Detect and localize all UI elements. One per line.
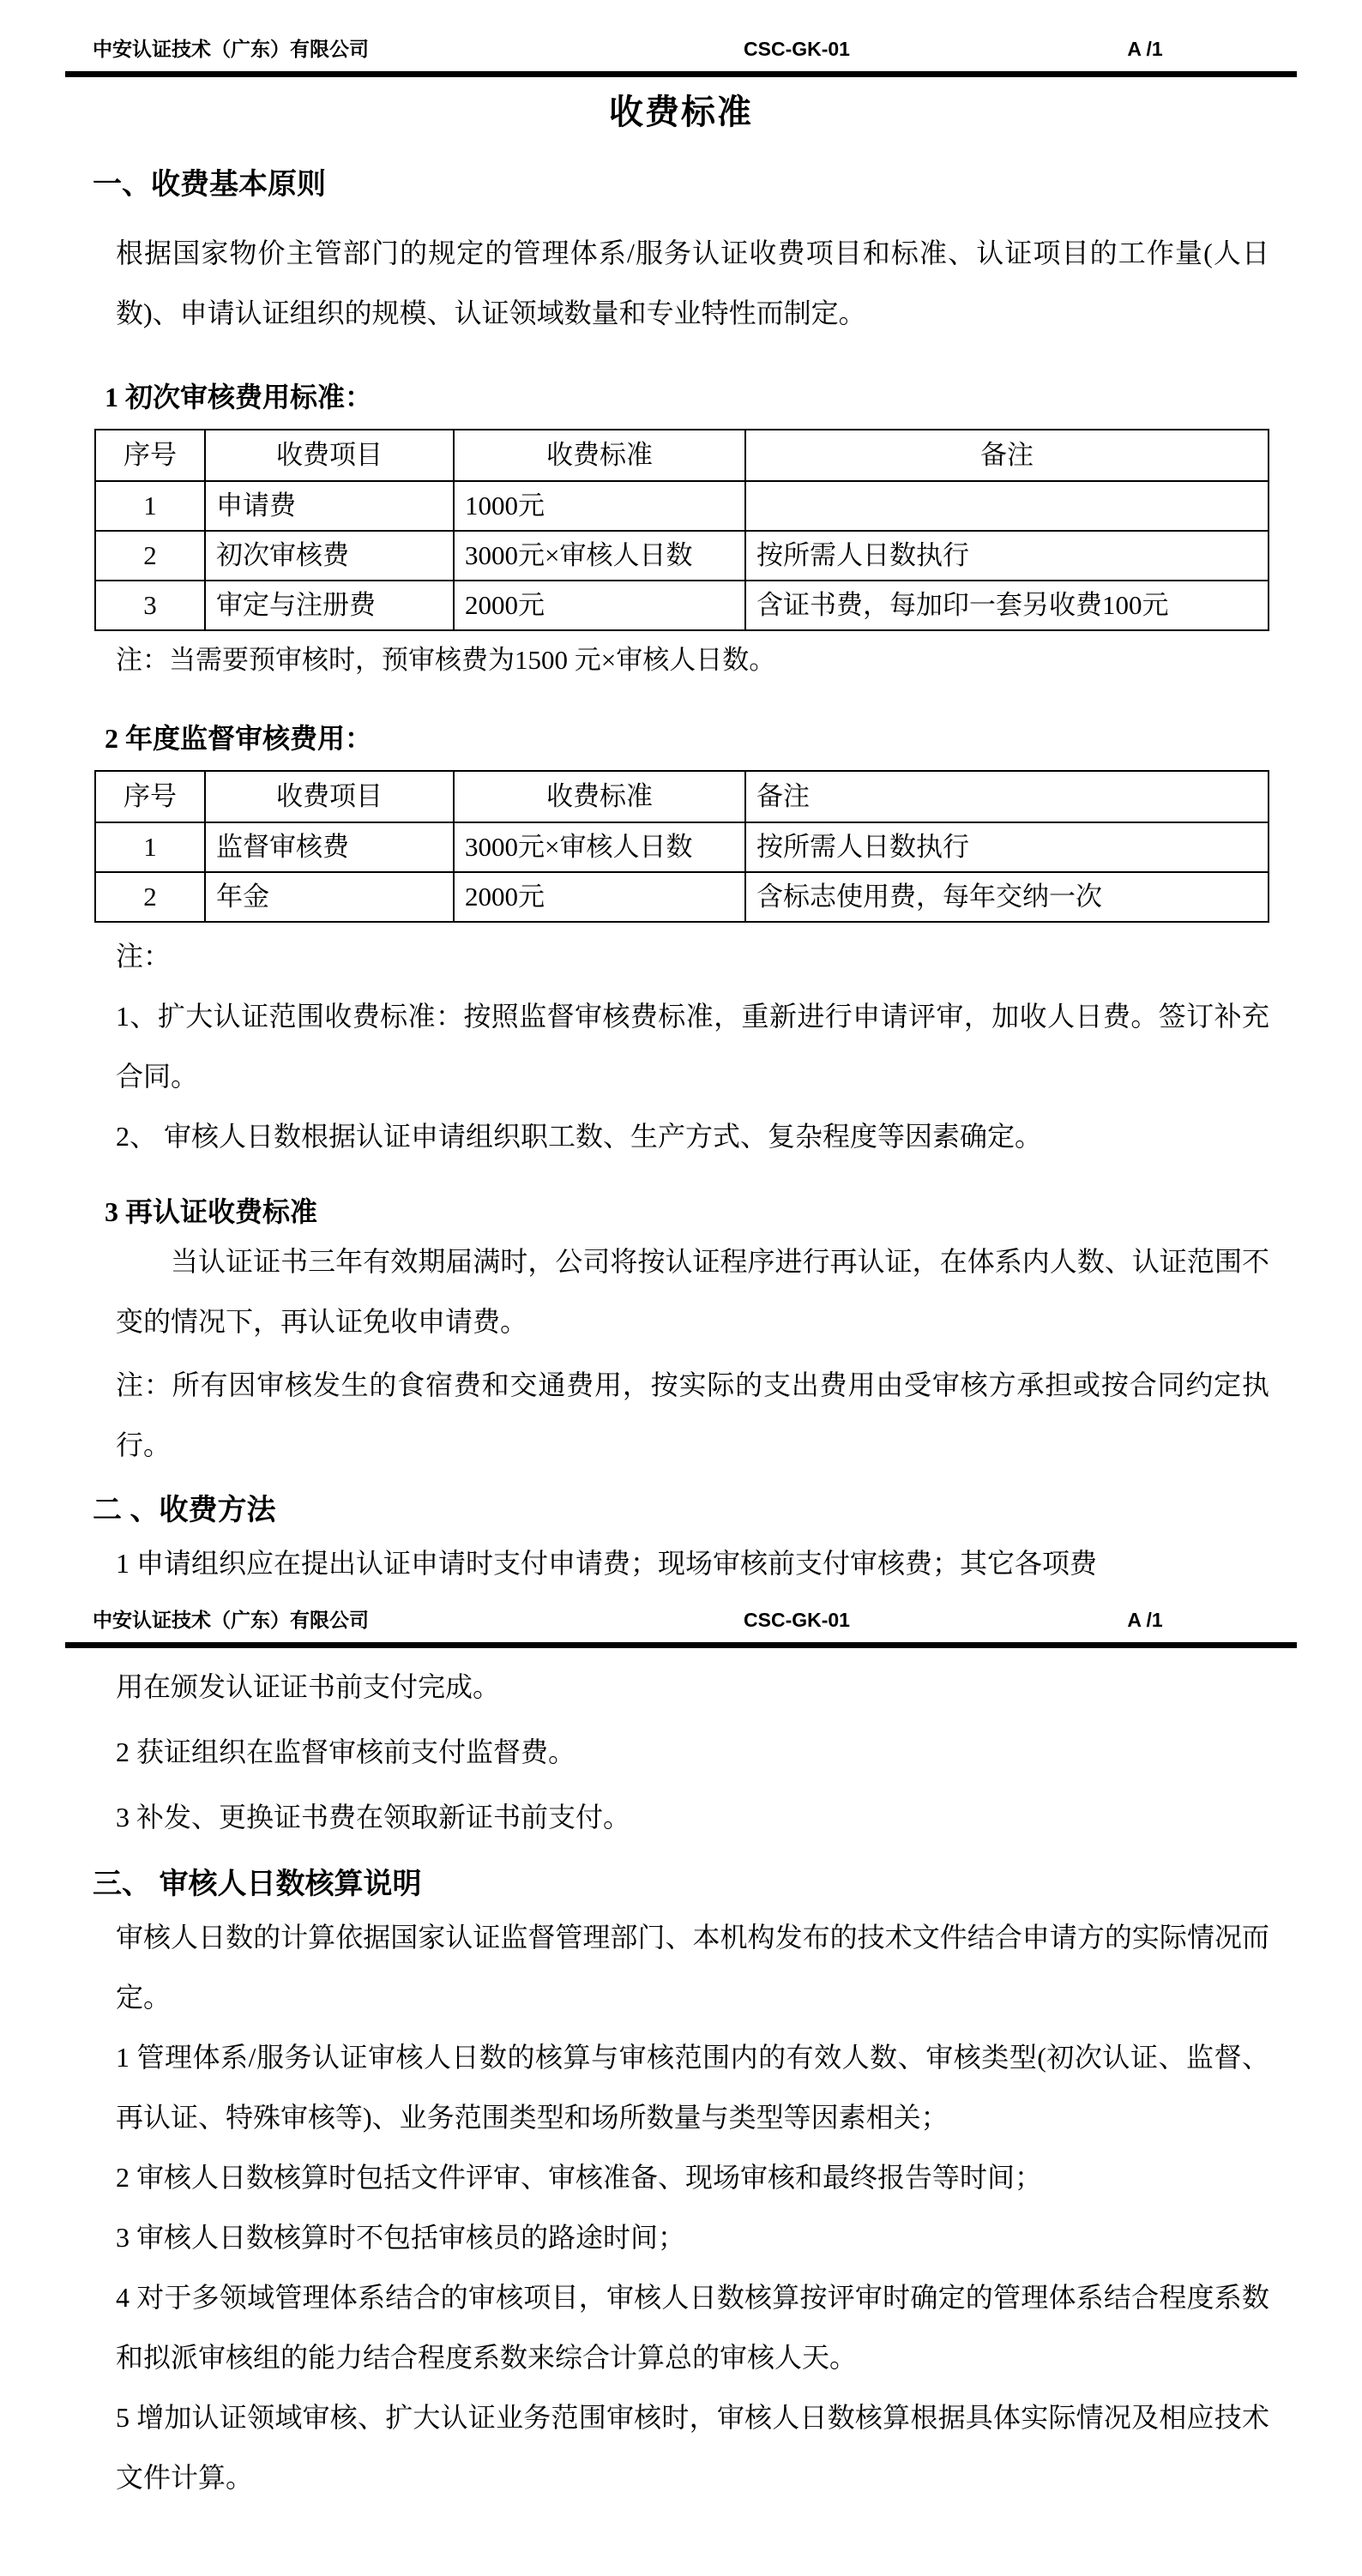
column-header-item: 收费项目 xyxy=(205,771,454,822)
surveillance-fee-heading: 2 年度监督审核费用： xyxy=(105,719,1269,758)
table-header-row: 序号 收费项目 收费标准 备注 xyxy=(95,430,1269,481)
manday-intro-paragraph: 审核人日数的计算依据国家认证监督管理部门、本机构发布的技术文件结合申请方的实际情… xyxy=(116,1907,1269,2027)
notes-label: 注： xyxy=(116,926,1269,986)
section-3-heading: 三、 审核人日数核算说明 xyxy=(93,1863,1269,1905)
table-row: 2 初次审核费 3000元×审核人日数 按所需人日数执行 xyxy=(95,531,1269,581)
column-header-standard: 收费标准 xyxy=(454,771,745,822)
table-header-row: 序号 收费项目 收费标准 备注 xyxy=(95,771,1269,822)
recertification-fee-heading: 3 再认证收费标准 xyxy=(105,1192,1269,1231)
surveillance-fee-table: 序号 收费项目 收费标准 备注 1 监督审核费 3000元×审核人日数 按所需人… xyxy=(94,770,1269,923)
cell-standard: 3000元×审核人日数 xyxy=(454,822,745,872)
section-1-heading: 一、收费基本原则 xyxy=(93,163,1269,206)
cell-remark: 含证书费，每加印一套另收费100元 xyxy=(745,581,1269,630)
cell-standard: 2000元 xyxy=(454,581,745,630)
column-header-item: 收费项目 xyxy=(205,430,454,481)
cell-item: 初次审核费 xyxy=(205,531,454,581)
header-company: 中安认证技术（广东）有限公司 xyxy=(93,1600,573,1640)
table-row: 1 申请费 1000元 xyxy=(95,481,1269,531)
header-company: 中安认证技术（广东）有限公司 xyxy=(93,29,573,69)
manday-item-3: 3 审核人日数核算时不包括审核员的路途时间； xyxy=(116,2207,1269,2267)
table-row: 1 监督审核费 3000元×审核人日数 按所需人日数执行 xyxy=(95,822,1269,872)
header-rule xyxy=(65,1642,1297,1648)
manday-item-4: 4 对于多领域管理体系结合的审核项目，审核人日数核算按评审时确定的管理体系结合程… xyxy=(116,2267,1269,2387)
header-rule xyxy=(65,71,1297,77)
initial-table-note: 注：当需要预审核时，预审核费为1500 元×审核人日数。 xyxy=(116,636,1269,684)
recertification-paragraph: 当认证证书三年有效期届满时，公司将按认证程序进行再认证，在体系内人数、认证范围不… xyxy=(116,1231,1269,1351)
header-doc-code: CSC-GK-01 xyxy=(573,1600,1021,1640)
table-row: 2 年金 2000元 含标志使用费，每年交纳一次 xyxy=(95,872,1269,922)
cell-item: 申请费 xyxy=(205,481,454,531)
column-header-index: 序号 xyxy=(95,430,205,481)
header-revision: A /1 xyxy=(1021,29,1269,69)
running-header-page2: 中安认证技术（广东）有限公司 CSC-GK-01 A /1 xyxy=(93,1600,1269,1640)
cell-item: 监督审核费 xyxy=(205,822,454,872)
payment-item-1-part2: 用在颁发认证证书前支付完成。 xyxy=(116,1657,1269,1717)
cell-standard: 2000元 xyxy=(454,872,745,922)
cell-item: 年金 xyxy=(205,872,454,922)
column-header-standard: 收费标准 xyxy=(454,430,745,481)
note-manday-basis: 2、 审核人日数根据认证申请组织职工数、生产方式、复杂程度等因素确定。 xyxy=(116,1106,1269,1166)
cell-remark: 按所需人日数执行 xyxy=(745,531,1269,581)
cell-index: 2 xyxy=(95,531,205,581)
column-header-index: 序号 xyxy=(95,771,205,822)
section-2-heading: 二 、收费方法 xyxy=(93,1489,1269,1532)
cell-index: 1 xyxy=(95,822,205,872)
cell-standard: 3000元×审核人日数 xyxy=(454,531,745,581)
cell-item: 审定与注册费 xyxy=(205,581,454,630)
manday-item-2: 2 审核人日数核算时包括文件评审、审核准备、现场审核和最终报告等时间； xyxy=(116,2147,1269,2207)
document-page: 中安认证技术（广东）有限公司 CSC-GK-01 A /1 收费标准 一、收费基… xyxy=(0,0,1362,2576)
cell-index: 1 xyxy=(95,481,205,531)
column-header-remark: 备注 xyxy=(745,771,1269,822)
column-header-remark: 备注 xyxy=(745,430,1269,481)
cell-remark: 按所需人日数执行 xyxy=(745,822,1269,872)
table-row: 3 审定与注册费 2000元 含证书费，每加印一套另收费100元 xyxy=(95,581,1269,630)
header-doc-code: CSC-GK-01 xyxy=(573,29,1021,69)
note-expand-scope: 1、扩大认证范围收费标准：按照监督审核费标准，重新进行申请评审，加收人日费。签订… xyxy=(116,986,1269,1106)
cell-index: 2 xyxy=(95,872,205,922)
initial-audit-fee-table: 序号 收费项目 收费标准 备注 1 申请费 1000元 2 初次审核费 3000… xyxy=(94,429,1269,631)
header-revision: A /1 xyxy=(1021,1600,1269,1640)
initial-audit-fee-heading: 1 初次审核费用标准： xyxy=(105,377,1269,417)
manday-item-1: 1 管理体系/服务认证审核人日数的核算与审核范围内的有效人数、审核类型(初次认证… xyxy=(116,2027,1269,2147)
cell-index: 3 xyxy=(95,581,205,630)
manday-item-5: 5 增加认证领域审核、扩大认证业务范围审核时，审核人日数核算根据具体实际情况及相… xyxy=(116,2387,1269,2507)
cell-remark xyxy=(745,481,1269,531)
expenses-note-paragraph: 注：所有因审核发生的食宿费和交通费用，按实际的支出费用由受审核方承担或按合同约定… xyxy=(116,1355,1269,1475)
running-header-page1: 中安认证技术（广东）有限公司 CSC-GK-01 A /1 xyxy=(93,0,1269,69)
payment-item-1-part1: 1 申请组织应在提出认证申请时支付申请费；现场审核前支付审核费；其它各项费 xyxy=(116,1533,1269,1593)
payment-item-3: 3 补发、更换证书费在领取新证书前支付。 xyxy=(116,1787,1269,1847)
cell-standard: 1000元 xyxy=(454,481,745,531)
cell-remark: 含标志使用费，每年交纳一次 xyxy=(745,872,1269,922)
payment-item-2: 2 获证组织在监督审核前支付监督费。 xyxy=(116,1722,1269,1782)
section-1-intro-paragraph: 根据国家物价主管部门的规定的管理体系/服务认证收费项目和标准、认证项目的工作量(… xyxy=(116,223,1269,343)
page-title: 收费标准 xyxy=(93,89,1269,135)
